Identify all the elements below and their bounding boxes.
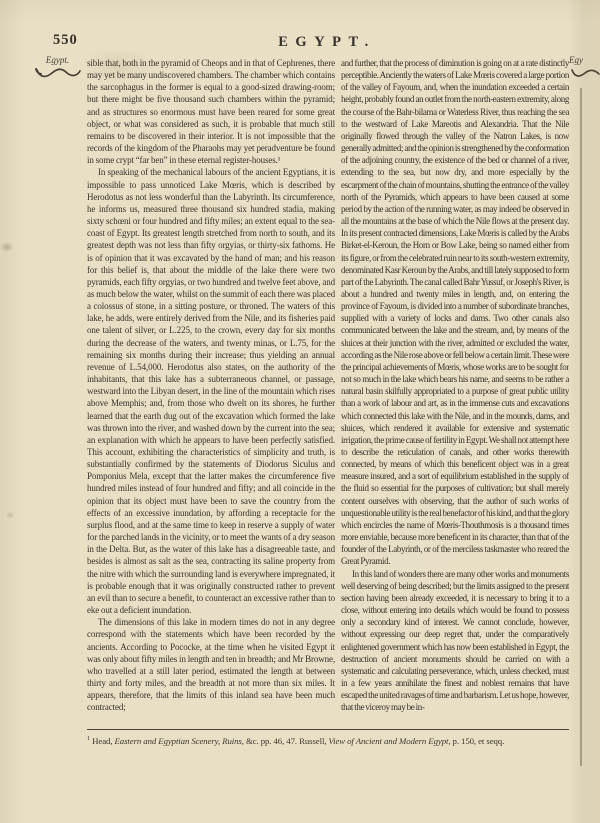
footnote-divider	[87, 729, 569, 730]
footnote-text: Head,	[90, 736, 114, 746]
margin-note-left-label: Egypt.	[46, 55, 69, 65]
page-number: 550	[53, 32, 78, 49]
margin-note-left: Egypt.	[30, 55, 85, 79]
footnote: 1 Head, Eastern and Egyptian Scenery, Ru…	[87, 736, 569, 747]
footnote-citation-title: View of Ancient and Modern Egypt	[328, 736, 448, 746]
running-head: EGYPT.	[88, 34, 566, 51]
paragraph: The dimensions of this lake in modern ti…	[87, 616, 335, 713]
text-column-right: and further, that the process of diminut…	[341, 57, 569, 729]
footnote-citation-title: Eastern and Egyptian Scenery, Ruins	[115, 736, 242, 746]
page-fold-shading	[566, 0, 600, 823]
page-fold-line	[580, 88, 582, 766]
text-column-left: sible that, both in the pyramid of Cheop…	[87, 57, 335, 729]
paragraph: sible that, both in the pyramid of Cheop…	[87, 57, 335, 166]
flourish-icon	[34, 66, 82, 79]
paragraph: In speaking of the mechanical labours of…	[87, 166, 335, 616]
paragraph: and further, that the process of diminut…	[341, 57, 569, 568]
footnote-text: , p. 150, et seqq.	[448, 736, 504, 746]
paragraph: In this land of wonders there are many o…	[341, 568, 569, 714]
footnote-text: , &c. pp. 46, 47. Russell,	[242, 736, 329, 746]
